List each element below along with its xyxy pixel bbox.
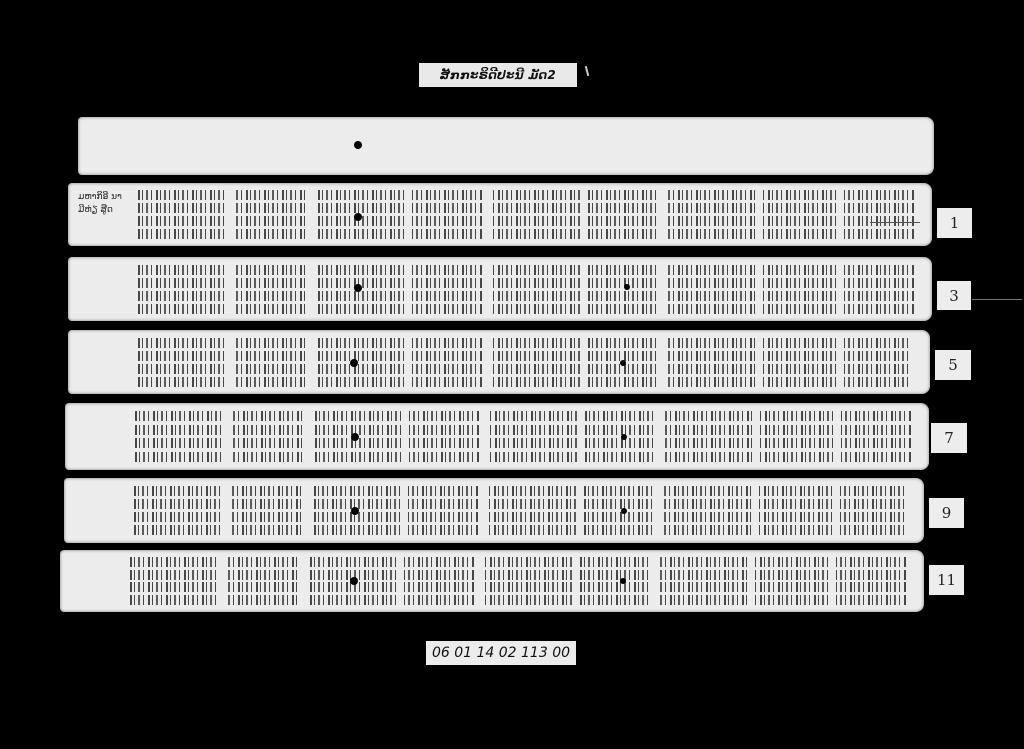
text-line	[138, 377, 912, 387]
leaf-page-5	[68, 330, 930, 394]
leaf-page-1: ມຫາກິອີ ນາມີຫ່ຽ ສູ໊ດ	[68, 183, 932, 246]
page-label-3: 3	[937, 281, 971, 310]
leaf-cover	[78, 117, 934, 175]
ruler-line	[870, 222, 920, 223]
text-line	[138, 291, 914, 301]
text-line	[134, 486, 906, 496]
ruler-line	[972, 299, 1022, 300]
text-line	[134, 525, 906, 535]
text-line	[138, 278, 914, 288]
text-line	[138, 229, 914, 239]
page-label-5: 5	[935, 350, 971, 380]
text-line	[138, 203, 914, 213]
margin-note: ມຫາກິອີ ນາມີຫ່ຽ ສູ໊ດ	[78, 191, 128, 217]
text-line	[130, 557, 906, 567]
text-line	[130, 582, 906, 592]
text-line	[135, 425, 911, 435]
page-label-7: 7	[931, 423, 967, 453]
text-line	[130, 595, 906, 605]
text-line	[134, 499, 906, 509]
text-line	[135, 438, 911, 448]
text-line	[138, 304, 914, 314]
leaf-page-9	[64, 478, 924, 543]
text-line	[138, 338, 912, 348]
page-label-11: 11	[929, 565, 964, 595]
page-label-9: 9	[929, 498, 964, 528]
text-line	[135, 411, 911, 421]
page-label-1: 1	[937, 208, 972, 238]
binding-hole	[352, 139, 363, 150]
leaf-page-3	[68, 257, 932, 321]
text-line	[138, 364, 912, 374]
leaf-page-11	[60, 550, 924, 612]
manuscript-title-label: ສັກກະຣິດີປະນີ ມັດ2	[419, 63, 577, 87]
leaf-page-7	[65, 403, 929, 470]
tick-mark	[585, 66, 590, 76]
text-line	[135, 452, 911, 462]
text-line	[138, 351, 912, 361]
text-line	[130, 570, 906, 580]
text-line	[138, 190, 914, 200]
text-line	[138, 216, 914, 226]
catalog-id-label: 06 01 14 02 113 00	[426, 641, 576, 665]
text-line	[138, 265, 914, 275]
text-line	[134, 512, 906, 522]
